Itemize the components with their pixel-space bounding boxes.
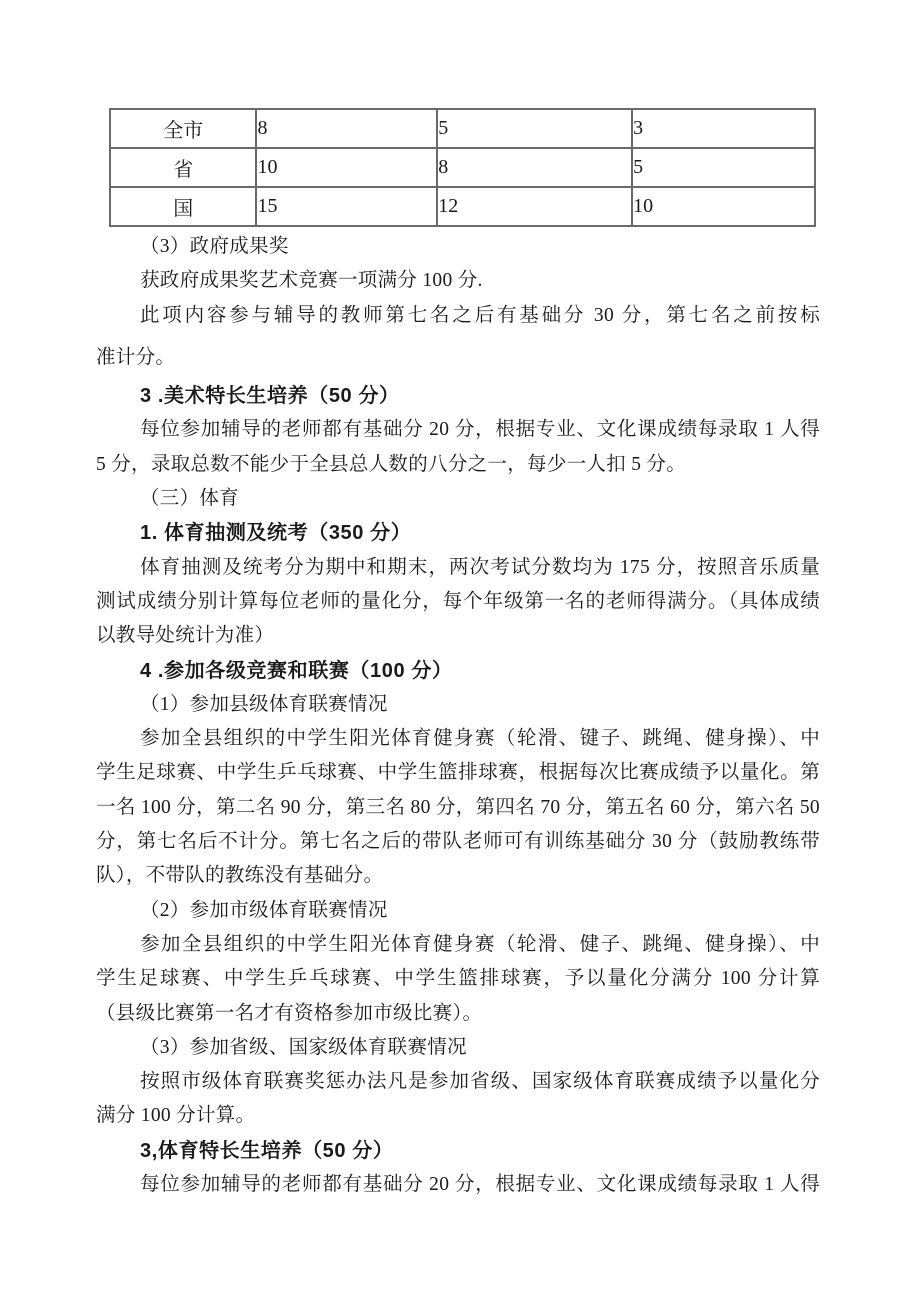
doc-text-line: （2）参加市级体育联赛情况 — [96, 894, 820, 928]
table-cell-value: 10 — [256, 148, 437, 187]
table-cell-value: 3 — [632, 109, 815, 148]
table-cell-value: 8 — [256, 109, 437, 148]
doc-text-line: 此项内容参与辅导的教师第七名之后有基础分 30 分，第七名之前按标 — [96, 299, 820, 333]
doc-text-line: （1）参加县级体育联赛情况 — [96, 688, 820, 722]
doc-text-line: 学生足球赛、中学生乒乓球赛、中学生篮排球赛，根据每次比赛成绩予以量化。第 — [96, 756, 820, 790]
doc-text-line: 满分 100 分计算。 — [96, 1099, 820, 1133]
doc-text-line: 参加全县组织的中学生阳光体育健身赛（轮滑、键子、跳绳、健身操）、中 — [96, 722, 820, 756]
doc-heading-line: 4 .参加各级竞赛和联赛（100 分） — [96, 654, 820, 688]
table-cell-value: 5 — [437, 109, 632, 148]
table-cell-value: 5 — [632, 148, 815, 187]
doc-text-line: 学生足球赛、中学生乒乓球赛、中学生篮排球赛，予以量化分满分 100 分计算 — [96, 962, 820, 996]
table-cell-value: 15 — [256, 187, 437, 226]
doc-text-line: 队），不带队的教练没有基础分。 — [96, 859, 820, 893]
doc-text-line: 准计分。 — [96, 341, 820, 375]
doc-heading-line: 1. 体育抽测及统考（350 分） — [96, 516, 820, 550]
doc-text-line: 5 分，录取总数不能少于全县总人数的八分之一，每少一人扣 5 分。 — [96, 448, 820, 482]
table-cell-value: 8 — [437, 148, 632, 187]
doc-text-line: 一名 100 分，第二名 90 分，第三名 80 分，第四名 70 分，第五名 … — [96, 791, 820, 825]
doc-text-line: （三）体育 — [96, 482, 820, 516]
score-table: 全市853省1085国151210 — [109, 108, 816, 227]
doc-text-line: 体育抽测及统考分为期中和期末，两次考试分数均为 175 分，按照音乐质量 — [96, 551, 820, 585]
content-area: 全市853省1085国151210 （3）政府成果奖获政府成果奖艺术竞赛一项满分… — [96, 108, 820, 1202]
table-cell-level: 国 — [110, 187, 256, 226]
doc-text-line: （3）政府成果奖 — [96, 230, 820, 264]
doc-text-line: 每位参加辅导的老师都有基础分 20 分，根据专业、文化课成绩每录取 1 人得 — [96, 413, 820, 447]
doc-text-line: 分，第七名后不计分。第七名之后的带队老师可有训练基础分 30 分（鼓励教练带 — [96, 825, 820, 859]
doc-text-line: （3）参加省级、国家级体育联赛情况 — [96, 1031, 820, 1065]
table-cell-value: 10 — [632, 187, 815, 226]
doc-text-line: 获政府成果奖艺术竞赛一项满分 100 分. — [96, 264, 820, 298]
doc-heading-line: 3,体育特长生培养（50 分） — [96, 1134, 820, 1168]
table-cell-level: 省 — [110, 148, 256, 187]
table-row: 全市853 — [110, 109, 815, 148]
score-table-body: 全市853省1085国151210 — [110, 109, 815, 226]
table-row: 省1085 — [110, 148, 815, 187]
table-row: 国151210 — [110, 187, 815, 226]
table-cell-level: 全市 — [110, 109, 256, 148]
doc-heading-line: 3 .美术特长生培养（50 分） — [96, 379, 820, 413]
document-page: 全市853省1085国151210 （3）政府成果奖获政府成果奖艺术竞赛一项满分… — [0, 0, 920, 1301]
doc-text-line: 按照市级体育联赛奖惩办法凡是参加省级、国家级体育联赛成绩予以量化分 — [96, 1065, 820, 1099]
doc-text-line: 测试成绩分别计算每位老师的量化分，每个年级第一名的老师得满分。（具体成绩 — [96, 585, 820, 619]
doc-text-line: 参加全县组织的中学生阳光体育健身赛（轮滑、健子、跳绳、健身操）、中 — [96, 928, 820, 962]
doc-text-line: （县级比赛第一名才有资格参加市级比赛）。 — [96, 997, 820, 1031]
document-body: （3）政府成果奖获政府成果奖艺术竞赛一项满分 100 分.此项内容参与辅导的教师… — [96, 230, 820, 1202]
table-cell-value: 12 — [437, 187, 632, 226]
doc-text-line: 以教导处统计为准） — [96, 619, 820, 653]
doc-text-line: 每位参加辅导的老师都有基础分 20 分，根据专业、文化课成绩每录取 1 人得 — [96, 1168, 820, 1202]
